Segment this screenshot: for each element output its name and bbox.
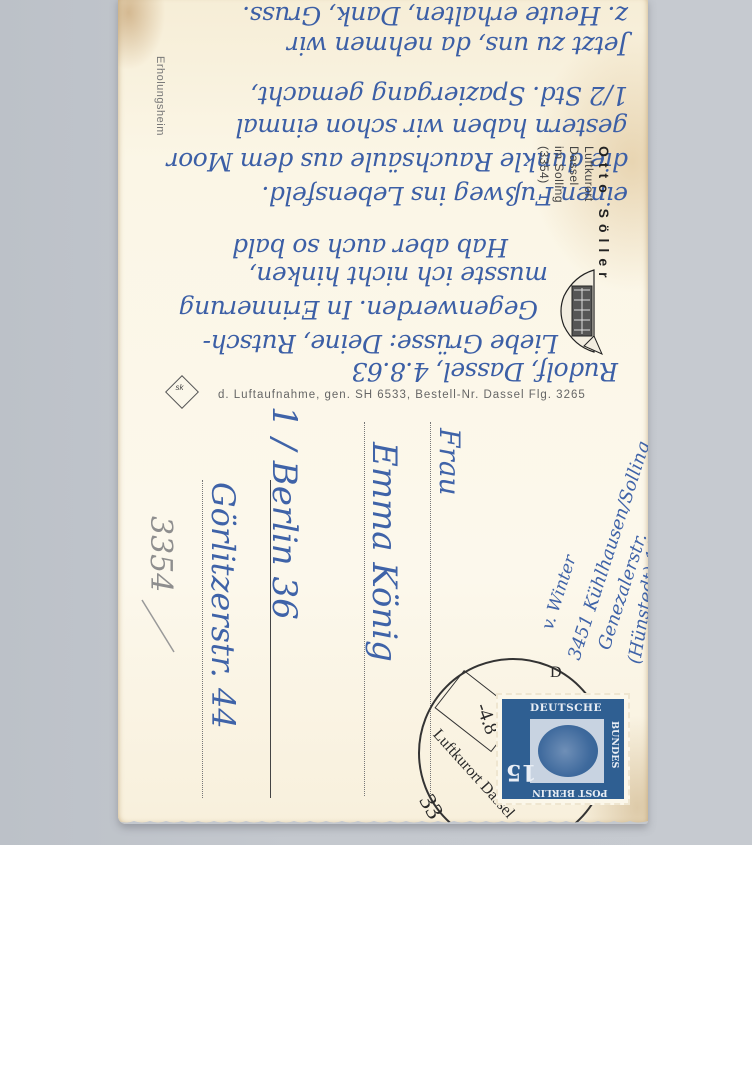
stamp-value: 15 (506, 759, 537, 785)
publisher-name: Otto Söller (596, 146, 612, 284)
stamp-portrait-icon (530, 719, 604, 783)
message-line: Liebe Grüsse: Deine, Rutsch- (178, 330, 558, 356)
publisher-line: (3354) (536, 146, 551, 284)
publisher-line: Dassel (566, 146, 581, 284)
deckled-edge (118, 818, 648, 824)
postage-stamp: DEUTSCHE 15 BUNDES POST BERLIN (496, 693, 630, 805)
address-line (202, 480, 203, 798)
stamp-country-side: BUNDES (609, 721, 620, 768)
side-label: Erholungsheim (154, 56, 166, 136)
message-line: Gegenwerden. In Erinnerung (138, 296, 538, 322)
postcard-back: z. Heute erhalten, Dank, Gruss. Jetzt zu… (118, 0, 648, 824)
message-line: musste ich nicht hinken, (148, 262, 548, 288)
postmark-top: D (550, 664, 562, 682)
building-vignette-icon (554, 266, 604, 356)
recipient-city: 1 / Berlin 36 (264, 406, 304, 620)
recipient-street: Görlitzerstr. 44 (204, 482, 242, 729)
credit-line: d. Luftaufnahme, gen. SH 6533, Bestell-N… (218, 389, 586, 401)
stamp-country-bottom: POST BERLIN (532, 787, 608, 798)
publisher-block: Otto Söller Luftkurort Dassel im Solling… (536, 146, 612, 284)
message-line: Jetzt zu uns, da nehmen wir (128, 32, 628, 58)
pencil-note: 3354 (143, 516, 178, 592)
recipient-name: Emma König (364, 442, 404, 662)
publisher-logo-icon: sk (165, 375, 199, 409)
message-line: Rudolf, Dassel, 4.8.63 (218, 358, 618, 384)
message-line: Hab aber auch so bald (178, 234, 508, 260)
message-line: 1/2 Std. Spaziergang gemacht, (128, 82, 628, 108)
pencil-stroke-icon (138, 596, 178, 656)
message-line: z. Heute erhalten, Dank, Gruss. (128, 2, 628, 28)
stamp-country-top: DEUTSCHE (530, 702, 602, 714)
recipient-salutation: Frau (433, 428, 466, 496)
publisher-line: Luftkurort (581, 146, 596, 284)
message-line: gestern haben wir schon einmal (128, 114, 628, 140)
publisher-line: im Solling (551, 146, 566, 284)
